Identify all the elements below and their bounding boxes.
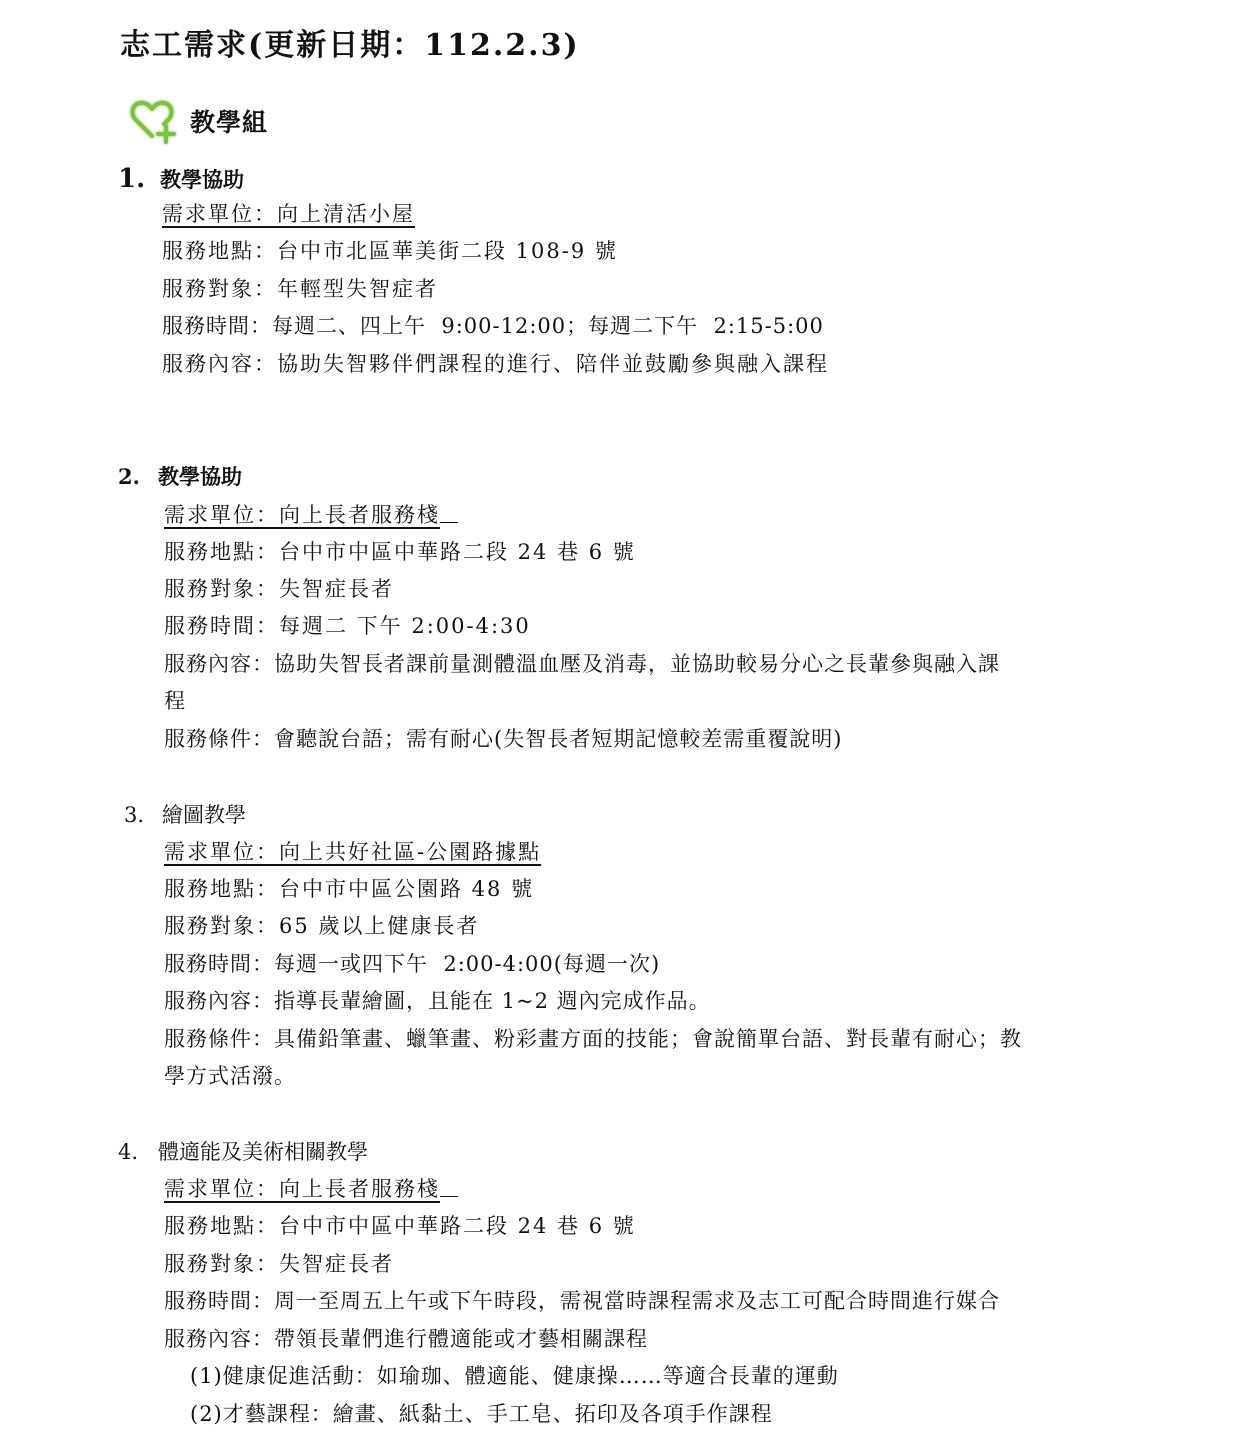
field-time: 服務時間：每週二 下午 2:00-4:30 bbox=[164, 611, 531, 641]
field-requirement: 服務條件：具備鉛筆畫、蠟筆畫、粉彩畫方面的技能；會說簡單台語、對長輩有耐心；教 bbox=[164, 1024, 1022, 1054]
item-number: 2. bbox=[118, 463, 158, 491]
subitem-2: (2)才藝課程：繪畫、紙黏土、手工皂、拓印及各項手作課程 bbox=[190, 1399, 773, 1429]
item-title: 教學協助 bbox=[160, 166, 244, 194]
field-requirement-continuation: 學方式活潑。 bbox=[164, 1061, 296, 1091]
heart-plus-icon bbox=[128, 96, 182, 146]
item-number: 1. bbox=[118, 165, 160, 193]
group-label: 教學組 bbox=[190, 103, 268, 139]
item-heading: 1.教學協助 bbox=[118, 165, 244, 194]
field-content: 服務內容：指導長輩繪圖，且能在 1~2 週內完成作品。 bbox=[164, 986, 711, 1016]
field-target: 服務對象：失智症長者 bbox=[164, 574, 394, 604]
item-title: 體適能及美術相關教學 bbox=[158, 1138, 368, 1166]
field-location: 服務地點：台中市中區中華路二段 24 巷 6 號 bbox=[164, 1211, 636, 1241]
item-number: 4. bbox=[118, 1138, 158, 1166]
item-title: 教學協助 bbox=[158, 463, 242, 491]
field-location: 服務地點：台中市中區公園路 48 號 bbox=[164, 874, 534, 904]
group-heading: 教學組 bbox=[128, 96, 268, 146]
item-title: 繪圖教學 bbox=[162, 801, 246, 829]
field-unit: 需求單位：向上共好社區-公園路據點 bbox=[164, 837, 541, 867]
field-time: 服務時間：每週二、四上午 9:00-12:00；每週二下午 2:15-5:00 bbox=[162, 311, 824, 341]
field-location: 服務地點：台中市北區華美街二段 108-9 號 bbox=[162, 236, 618, 266]
field-requirement: 服務條件：會聽說台語；需有耐心(失智長者短期記憶較差需重覆說明) bbox=[164, 724, 842, 754]
page-title: 志工需求(更新日期：112.2.3) bbox=[120, 26, 580, 66]
item-heading: 3.繪圖教學 bbox=[124, 801, 246, 829]
item-heading: 4.體適能及美術相關教學 bbox=[118, 1138, 368, 1166]
field-target: 服務對象：65 歲以上健康長者 bbox=[164, 911, 479, 941]
item-heading: 2.教學協助 bbox=[118, 463, 242, 491]
field-content: 服務內容：協助失智夥伴們課程的進行、陪伴並鼓勵參與融入課程 bbox=[162, 349, 829, 379]
field-location: 服務地點：台中市中區中華路二段 24 巷 6 號 bbox=[164, 537, 636, 567]
field-unit: 需求單位：向上長者服務棧 bbox=[164, 500, 458, 530]
field-time: 服務時間：每週一或四下午 2:00-4:00(每週一次) bbox=[164, 949, 660, 979]
field-content: 服務內容：帶領長輩們進行體適能或才藝相關課程 bbox=[164, 1324, 648, 1354]
field-target: 服務對象：失智症長者 bbox=[164, 1249, 394, 1279]
item-number: 3. bbox=[124, 801, 162, 829]
field-content-continuation: 程 bbox=[164, 686, 187, 716]
field-time: 服務時間：周一至周五上午或下午時段，需視當時課程需求及志工可配合時間進行媒合 bbox=[164, 1286, 1000, 1316]
field-unit: 需求單位：向上清活小屋 bbox=[162, 199, 415, 229]
field-target: 服務對象：年輕型失智症者 bbox=[162, 274, 438, 304]
field-unit: 需求單位：向上長者服務棧 bbox=[164, 1174, 458, 1204]
field-content: 服務內容：協助失智長者課前量測體溫血壓及消毒，並協助較易分心之長輩參與融入課 bbox=[164, 649, 1000, 679]
subitem-1: (1)健康促進活動：如瑜珈、體適能、健康操……等適合長輩的運動 bbox=[190, 1361, 839, 1391]
